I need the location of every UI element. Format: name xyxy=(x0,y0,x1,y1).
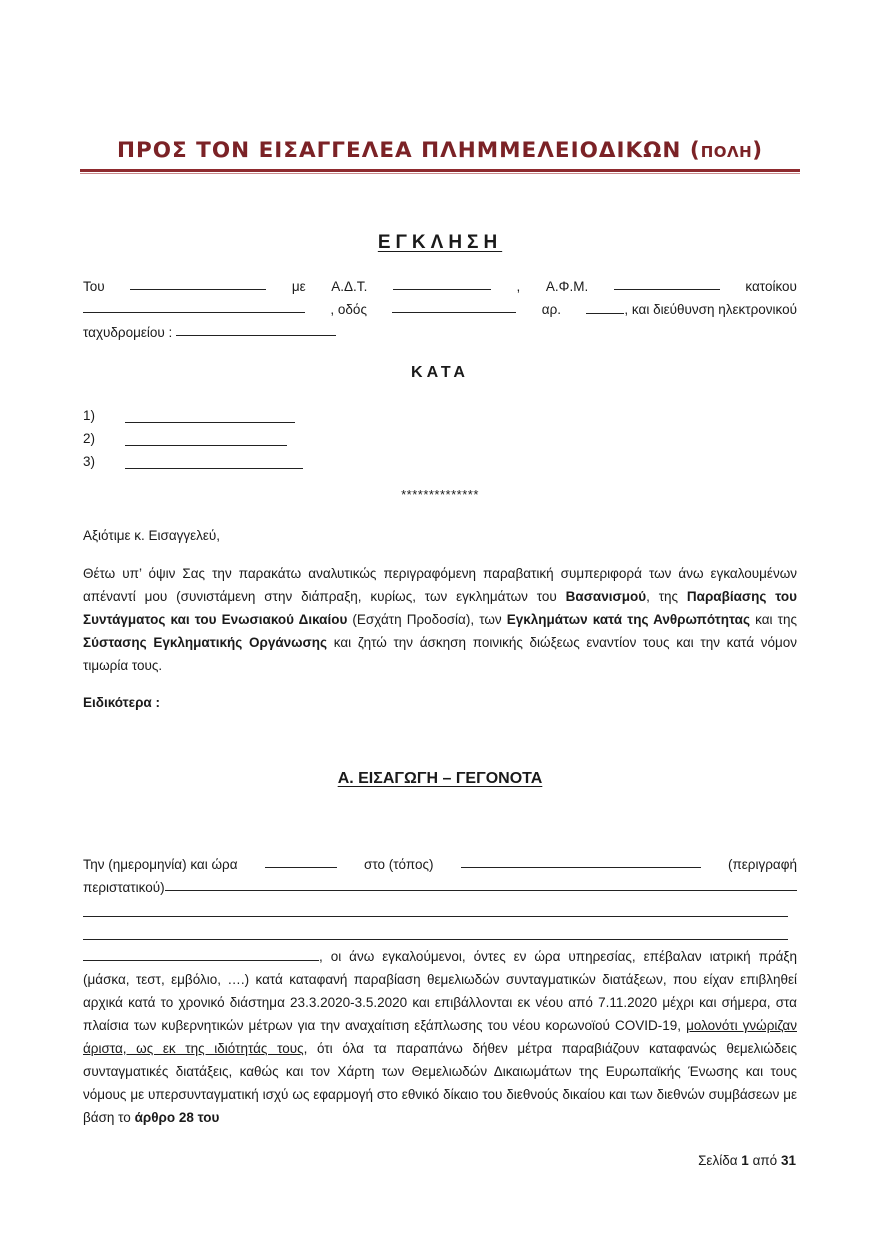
specifically-label: Ειδικότερα : xyxy=(83,691,797,714)
document-page: ΠΡΟΣ ΤΟΝ ΕΙΣΑΓΓΕΛΕΑ ΠΛΗΜΜΕΛΕΙΟΔΙΚΩΝ (ΠΟΛ… xyxy=(0,0,880,1244)
against-title: ΚΑΤΑ xyxy=(80,364,800,382)
accused-item: 2) xyxy=(83,423,303,446)
header-title: ΠΡΟΣ ΤΟΝ ΕΙΣΑΓΓΕΛΕΑ ΠΛΗΜΜΕΛΕΙΟΔΙΚΩΝ (ΠΟΛ… xyxy=(80,138,800,163)
greeting: Αξιότιμε κ. Εισαγγελεύ, xyxy=(83,524,797,547)
document-title: ΕΓΚΛΗΣΗ xyxy=(80,232,800,254)
header-rule xyxy=(80,169,800,174)
city-placeholder: ΠΟΛΗ xyxy=(701,143,752,161)
facts-paragraph: Την (ημερομηνία) και ώρα στο (τόπος) (πε… xyxy=(83,853,797,1129)
accused-list: 1) 2) 3) xyxy=(83,400,303,469)
section-a-title: Α. ΕΙΣΑΓΩΓΗ – ΓΕΓΟΝΟΤΑ xyxy=(80,770,800,788)
separator: ************** xyxy=(80,487,800,502)
complainant-block: Του με Α.Δ.Τ. , Α.Φ.Μ. κατοίκου , οδός α… xyxy=(83,275,797,344)
page-number: Σελίδα 1 από 31 xyxy=(698,1153,796,1168)
intro-paragraph: Θέτω υπ’ όψιν Σας την παρακάτω αναλυτικώ… xyxy=(83,562,797,677)
accused-item: 3) xyxy=(83,446,303,469)
accused-item: 1) xyxy=(83,400,303,423)
